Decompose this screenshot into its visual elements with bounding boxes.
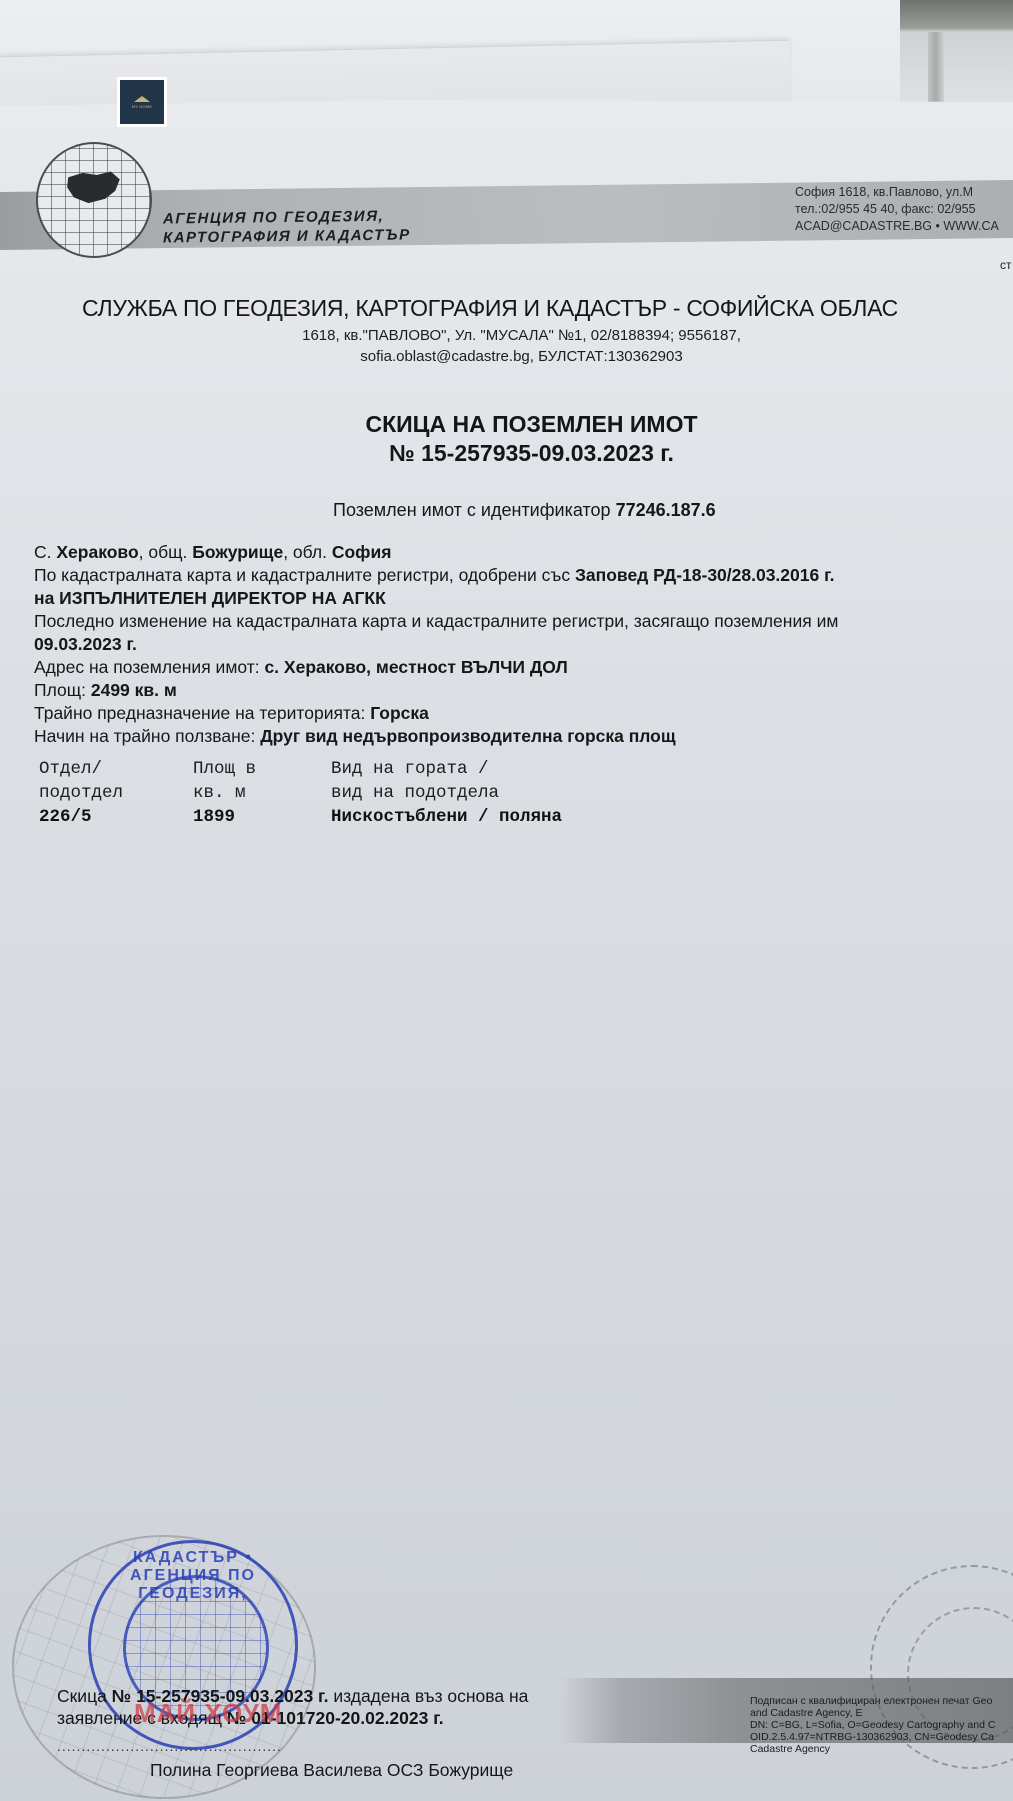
forest-table-header: Отдел/ Площ в Вид на гората / <box>39 757 651 781</box>
last-change-date: 09.03.2023 г. <box>34 633 1013 656</box>
electronic-seal-info: Подписан с квалифициран електронен печат… <box>750 1695 995 1755</box>
identifier-value: 77246.187.6 <box>616 500 716 520</box>
address-row: Адрес на поземления имот: с. Хераково, м… <box>34 656 1013 679</box>
last-change-row: Последно изменение на кадастралната карт… <box>34 610 1013 633</box>
forest-table: Отдел/ Площ в Вид на гората / подотдел к… <box>39 757 651 829</box>
approval-authority: на ИЗПЪЛНИТЕЛЕН ДИРЕКТОР НА АГКК <box>34 587 1013 610</box>
document-title: СКИЦА НА ПОЗЕМЛЕН ИМОТ № 15-257935-09.03… <box>0 410 1013 468</box>
watermark: МАЙ ХОУМ <box>134 1698 282 1729</box>
page-marker: ст <box>1000 258 1012 272</box>
house-roof-icon <box>134 96 150 102</box>
office-title: СЛУЖБА ПО ГЕОДЕЗИЯ, КАРТОГРАФИЯ И КАДАСТ… <box>82 295 898 322</box>
signer-name: Полина Георгиева Василева ОСЗ Божурище <box>150 1760 513 1781</box>
usage-row: Начин на трайно ползване: Друг вид недър… <box>34 725 1013 748</box>
property-identifier: Поземлен имот с идентификатор 77246.187.… <box>333 500 716 521</box>
background-photo <box>900 0 1013 105</box>
agency-contact: София 1618, кв.Павлово, ул.М тел.:02/955… <box>795 184 999 235</box>
table-row: 226/5 1899 Нискостъблени / поляна <box>39 805 651 829</box>
globe-bulgaria-map-icon <box>36 142 152 258</box>
property-details: С. Хераково, общ. Божурище, обл. София П… <box>34 541 1013 748</box>
location-row: С. Хераково, общ. Божурище, обл. София <box>34 541 1013 564</box>
purpose-row: Трайно предназначение на територията: Го… <box>34 702 1013 725</box>
office-address: 1618, кв."ПАВЛОВО", Ул. "МУСАЛА" №1, 02/… <box>0 325 1013 367</box>
document-number: № 15-257935-09.03.2023 г. <box>50 439 1013 468</box>
issued-statement: Скица № 15-257935-09.03.2023 г. издадена… <box>57 1685 528 1729</box>
agency-name: АГЕНЦИЯ ПО ГЕОДЕЗИЯ, КАРТОГРАФИЯ И КАДАС… <box>163 206 411 247</box>
area-row: Площ: 2499 кв. м <box>34 679 1013 702</box>
overlay-logo: MY HOME <box>117 77 167 127</box>
approval-row: По кадастралната карта и кадастралните р… <box>34 564 1013 587</box>
signature-line: ........................................… <box>57 1738 282 1754</box>
forest-table-header: подотдел кв. м вид на подотдела <box>39 781 651 805</box>
